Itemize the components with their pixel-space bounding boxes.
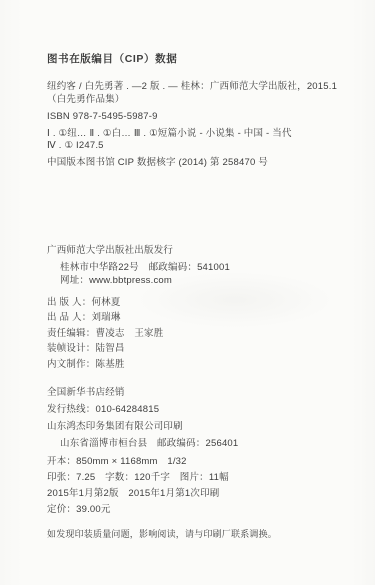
credit-row-editor: 责任编辑：曹凌志 王家胜 [47,326,347,342]
cip-title-statement: 纽约客 / 白先勇著 . —2 版 . — 桂林：广西师范大学出版社，2015.… [47,80,347,93]
credits-section: 出 版 人：何林夏 出 品 人：刘瑞琳 责任编辑：曹凌志 王家胜 装帧设计：陆智… [47,295,347,373]
book-size-line: 开本：850mm × 1168mm 1/32 [47,454,347,470]
printer-name: 山东鸿杰印务集团有限公司印刷 [47,418,347,435]
cip-classification-line-2: Ⅳ . ① I247.5 [47,140,347,153]
cip-classification-line-1: Ⅰ . ①纽… Ⅱ . ①白… Ⅲ . ①短篇小说 - 小说集 - 中国 - 当… [47,127,347,140]
publisher-website: 网址：www.bbtpress.com [47,274,347,287]
sales-hotline: 发行热线：010-64284815 [47,401,347,418]
credit-value: 何林夏 [91,297,120,308]
credit-row-producer: 出 品 人：刘瑞琳 [47,310,347,326]
credit-label: 出 版 人： [47,297,91,308]
printer-address: 山东省淄博市桓台县 邮政编码：256401 [47,435,347,452]
credit-row-designer: 装帧设计：陆智昌 [47,341,347,357]
format-section: 开本：850mm × 1168mm 1/32 印张：7.25 字数：120千字 … [47,454,347,518]
distributor-line: 全国新华书店经销 [47,384,347,401]
credit-row-typesetter: 内文制作：陈基胜 [47,357,347,373]
book-copyright-page: 图书在版编目（CIP）数据 纽约客 / 白先勇著 . —2 版 . — 桂林：广… [0,0,375,585]
credit-label: 出 品 人： [47,312,91,323]
publisher-name: 广西师范大学出版社出版发行 [47,244,347,257]
cip-record-number: 中国版本图书馆 CIP 数据核字 (2014) 第 258470 号 [47,156,347,169]
credit-value: 刘瑞琳 [91,312,120,323]
isbn-number: ISBN 978-7-5495-5987-9 [47,110,347,123]
credit-value: 陆智昌 [96,343,125,354]
cip-heading: 图书在版编目（CIP）数据 [47,53,347,66]
cip-series-statement: （白先勇作品集） [47,93,347,106]
credit-label: 装帧设计： [47,343,96,354]
publisher-section: 广西师范大学出版社出版发行 桂林市中华路22号 邮政编码：541001 网址：w… [47,244,347,287]
quality-note: 如发现印装质量问题，影响阅读，请与印刷厂联系调换。 [47,528,347,540]
publisher-address: 桂林市中华路22号 邮政编码：541001 [47,261,347,274]
price-line: 定价：39.00元 [47,502,347,518]
edition-line: 2015年1月第2版 2015年1月第1次印刷 [47,486,347,502]
credit-value: 曹凌志 王家胜 [96,328,164,339]
sheets-words-line: 印张：7.25 字数：120千字 图片：11幅 [47,470,347,486]
credit-row-publisher-person: 出 版 人：何林夏 [47,295,347,311]
credit-label: 责任编辑： [47,328,96,339]
cip-section: 图书在版编目（CIP）数据 纽约客 / 白先勇著 . —2 版 . — 桂林：广… [47,53,347,169]
credit-label: 内文制作： [47,359,96,370]
credit-value: 陈基胜 [96,359,125,370]
distribution-section: 全国新华书店经销 发行热线：010-64284815 山东鸿杰印务集团有限公司印… [47,384,347,452]
